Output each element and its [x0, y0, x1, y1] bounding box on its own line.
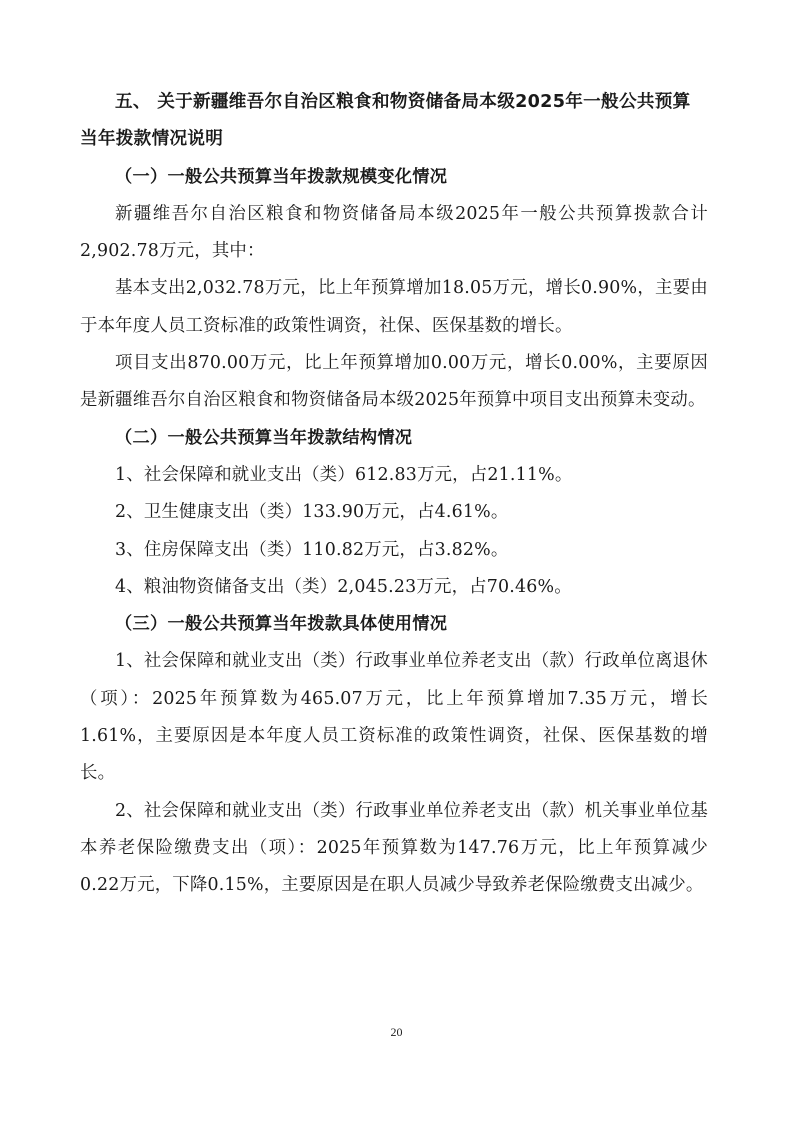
page-number: 20: [0, 1025, 793, 1040]
structure-item-housing: 3、住房保障支出（类）110.82万元，占3.82%。: [80, 532, 708, 569]
paragraph-retirement: 1、社会保障和就业支出（类）行政事业单位养老支出（款）行政单位离退休（项）：20…: [80, 643, 708, 792]
paragraph-total: 新疆维吾尔自治区粮食和物资储备局本级2025年一般公共预算拨款合计2,902.7…: [80, 196, 708, 271]
paragraph-pension-insurance: 2、社会保障和就业支出（类）行政事业单位养老支出（款）机关事业单位基本养老保险缴…: [80, 793, 708, 905]
structure-item-health: 2、卫生健康支出（类）133.90万元，占4.61%。: [80, 494, 708, 531]
structure-item-grain-reserve: 4、粮油物资储备支出（类）2,045.23万元，占70.46%。: [80, 569, 708, 606]
paragraph-project-expenditure: 项目支出870.00万元，比上年预算增加0.00万元，增长0.00%，主要原因是…: [80, 345, 708, 420]
document-page: 五、 关于新疆维吾尔自治区粮食和物资储备局本级2025年一般公共预算当年拨款情况…: [0, 0, 793, 1122]
page-content: 五、 关于新疆维吾尔自治区粮食和物资储备局本级2025年一般公共预算当年拨款情况…: [80, 84, 708, 905]
subsection-heading-2: （二）一般公共预算当年拨款结构情况: [80, 420, 708, 457]
paragraph-basic-expenditure: 基本支出2,032.78万元，比上年预算增加18.05万元，增长0.90%，主要…: [80, 270, 708, 345]
subsection-heading-3: （三）一般公共预算当年拨款具体使用情况: [80, 606, 708, 643]
structure-item-social-security: 1、社会保障和就业支出（类）612.83万元，占21.11%。: [80, 457, 708, 494]
subsection-heading-1: （一）一般公共预算当年拨款规模变化情况: [80, 159, 708, 196]
section-title: 五、 关于新疆维吾尔自治区粮食和物资储备局本级2025年一般公共预算当年拨款情况…: [80, 84, 708, 159]
